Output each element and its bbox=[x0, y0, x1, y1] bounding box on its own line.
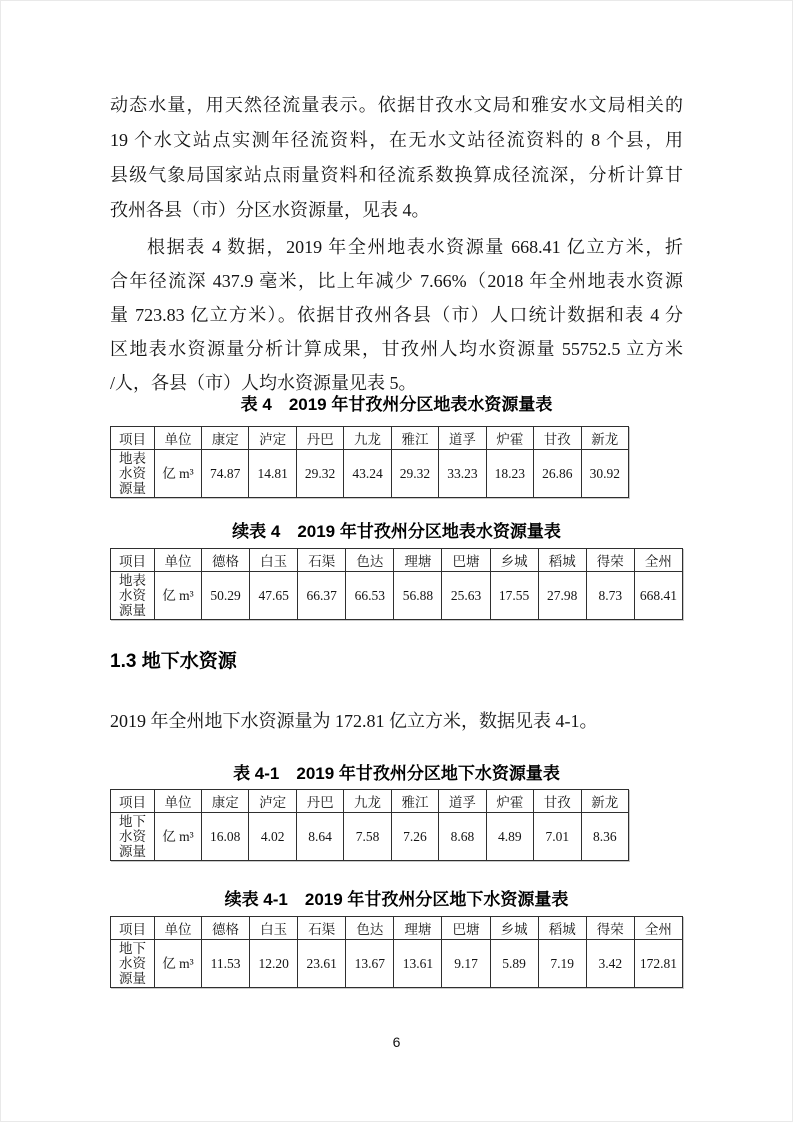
table-header-row: 项目单位德格白玉石渠色达理塘巴塘乡城稻城得荣全州 bbox=[111, 917, 683, 940]
value-cell: 66.53 bbox=[346, 572, 394, 620]
table-header-row: 项目单位德格白玉石渠色达理塘巴塘乡城稻城得荣全州 bbox=[111, 549, 683, 572]
value-cell: 50.29 bbox=[202, 572, 250, 620]
column-header: 巴塘 bbox=[442, 549, 490, 572]
value-cell: 172.81 bbox=[634, 940, 682, 988]
value-cell: 9.17 bbox=[442, 940, 490, 988]
text-line: 19 个水文站点实测年径流资料，在无水文站径流资料的 8 个县，用 bbox=[110, 123, 683, 158]
column-header: 白玉 bbox=[250, 917, 298, 940]
column-header: 德格 bbox=[202, 917, 250, 940]
data-table: 项目单位德格白玉石渠色达理塘巴塘乡城稻城得荣全州地下水资源量亿 m³11.531… bbox=[110, 916, 683, 988]
row-label-cell: 地下水资源量 bbox=[111, 940, 155, 988]
value-cell: 43.24 bbox=[344, 450, 391, 498]
column-header: 九龙 bbox=[344, 427, 391, 450]
table41-title: 表 4-1 2019 年甘孜州分区地下水资源量表 bbox=[110, 759, 683, 784]
column-header: 雅江 bbox=[391, 790, 438, 813]
value-cell: 14.81 bbox=[249, 450, 296, 498]
value-cell: 13.67 bbox=[346, 940, 394, 988]
table4-surface-water: 项目单位康定泸定丹巴九龙雅江道孚炉霍甘孜新龙地表水资源量亿 m³74.8714.… bbox=[110, 426, 629, 498]
column-header: 道孚 bbox=[439, 790, 486, 813]
column-header: 石渠 bbox=[298, 917, 346, 940]
paragraph-surface-water-intro: 动态水量，用天然径流量表示。依据甘孜水文局和雅安水文局相关的 19 个水文站点实… bbox=[110, 88, 683, 228]
value-cell: 7.01 bbox=[534, 813, 581, 861]
value-cell: 11.53 bbox=[202, 940, 250, 988]
document-page: 动态水量，用天然径流量表示。依据甘孜水文局和雅安水文局相关的 19 个水文站点实… bbox=[0, 0, 793, 1122]
value-cell: 4.89 bbox=[486, 813, 533, 861]
column-header: 雅江 bbox=[391, 427, 438, 450]
value-cell: 7.58 bbox=[344, 813, 391, 861]
value-cell: 25.63 bbox=[442, 572, 490, 620]
value-cell: 8.68 bbox=[439, 813, 486, 861]
column-header: 得荣 bbox=[586, 549, 634, 572]
value-cell: 7.19 bbox=[538, 940, 586, 988]
column-header: 九龙 bbox=[344, 790, 391, 813]
column-header: 乡城 bbox=[490, 549, 538, 572]
data-table: 项目单位德格白玉石渠色达理塘巴塘乡城稻城得荣全州地表水资源量亿 m³50.294… bbox=[110, 548, 683, 620]
column-header: 理塘 bbox=[394, 549, 442, 572]
value-cell: 30.92 bbox=[581, 450, 629, 498]
column-header: 乡城 bbox=[490, 917, 538, 940]
column-header: 单位 bbox=[155, 917, 202, 940]
paragraph-groundwater: 2019 年全州地下水资源量为 172.81 亿立方米，数据见表 4-1。 bbox=[110, 709, 683, 733]
table41-continued-label: 续表 4-1 bbox=[225, 885, 288, 910]
unit-cell: 亿 m³ bbox=[155, 572, 202, 620]
table-data-row: 地表水资源量亿 m³50.2947.6566.3766.5356.8825.63… bbox=[111, 572, 683, 620]
value-cell: 29.32 bbox=[296, 450, 343, 498]
column-header: 色达 bbox=[346, 549, 394, 572]
column-header: 康定 bbox=[202, 790, 249, 813]
column-header: 康定 bbox=[202, 427, 249, 450]
value-cell: 4.02 bbox=[249, 813, 296, 861]
column-header: 泸定 bbox=[249, 427, 296, 450]
unit-cell: 亿 m³ bbox=[155, 940, 202, 988]
column-header: 甘孜 bbox=[534, 790, 581, 813]
value-cell: 17.55 bbox=[490, 572, 538, 620]
column-header: 单位 bbox=[155, 427, 202, 450]
value-cell: 668.41 bbox=[634, 572, 682, 620]
column-header: 单位 bbox=[155, 549, 202, 572]
column-header: 德格 bbox=[202, 549, 250, 572]
column-header: 丹巴 bbox=[296, 427, 343, 450]
value-cell: 47.65 bbox=[250, 572, 298, 620]
column-header: 石渠 bbox=[298, 549, 346, 572]
value-cell: 74.87 bbox=[202, 450, 249, 498]
value-cell: 29.32 bbox=[391, 450, 438, 498]
table-data-row: 地下水资源量亿 m³16.084.028.647.587.268.684.897… bbox=[111, 813, 629, 861]
column-header: 色达 bbox=[346, 917, 394, 940]
row-label-cell: 地表水资源量 bbox=[111, 572, 155, 620]
value-cell: 12.20 bbox=[250, 940, 298, 988]
column-header: 炉霍 bbox=[486, 790, 533, 813]
column-header: 项目 bbox=[111, 917, 155, 940]
value-cell: 5.89 bbox=[490, 940, 538, 988]
value-cell: 56.88 bbox=[394, 572, 442, 620]
column-header: 全州 bbox=[634, 549, 682, 572]
text-line: 合年径流深 437.9 毫米，比上年减少 7.66%（2018 年全州地表水资源 bbox=[110, 264, 683, 298]
column-header: 全州 bbox=[634, 917, 682, 940]
value-cell: 18.23 bbox=[486, 450, 533, 498]
table41-continued-title: 续表 4-1 2019 年甘孜州分区地下水资源量表 bbox=[110, 885, 683, 910]
value-cell: 16.08 bbox=[202, 813, 249, 861]
value-cell: 8.36 bbox=[581, 813, 629, 861]
column-header: 稻城 bbox=[538, 917, 586, 940]
table4-continued-label: 续表 4 bbox=[232, 517, 280, 542]
table41-continued-caption: 2019 年甘孜州分区地下水资源量表 bbox=[305, 885, 569, 910]
value-cell: 33.23 bbox=[439, 450, 486, 498]
table-data-row: 地表水资源量亿 m³74.8714.8129.3243.2429.3233.23… bbox=[111, 450, 629, 498]
table4-continued-surface-water: 项目单位德格白玉石渠色达理塘巴塘乡城稻城得荣全州地表水资源量亿 m³50.294… bbox=[110, 548, 683, 620]
text-line: 孜州各县（市）分区水资源量，见表 4。 bbox=[110, 193, 683, 228]
unit-cell: 亿 m³ bbox=[155, 813, 202, 861]
column-header: 得荣 bbox=[586, 917, 634, 940]
value-cell: 66.37 bbox=[298, 572, 346, 620]
text-line: 县级气象局国家站点雨量资料和径流系数换算成径流深，分析计算甘 bbox=[110, 158, 683, 193]
text-line: 区地表水资源量分析计算成果，甘孜州人均水资源量 55752.5 立方米 bbox=[110, 332, 683, 366]
table41-continued-groundwater: 项目单位德格白玉石渠色达理塘巴塘乡城稻城得荣全州地下水资源量亿 m³11.531… bbox=[110, 916, 683, 988]
column-header: 理塘 bbox=[394, 917, 442, 940]
table4-title: 表 4 2019 年甘孜州分区地表水资源量表 bbox=[110, 390, 683, 415]
value-cell: 3.42 bbox=[586, 940, 634, 988]
column-header: 新龙 bbox=[581, 427, 629, 450]
table-data-row: 地下水资源量亿 m³11.5312.2023.6113.6713.619.175… bbox=[111, 940, 683, 988]
table4-label: 表 4 bbox=[241, 390, 272, 415]
column-header: 巴塘 bbox=[442, 917, 490, 940]
column-header: 项目 bbox=[111, 549, 155, 572]
column-header: 丹巴 bbox=[296, 790, 343, 813]
column-header: 泸定 bbox=[249, 790, 296, 813]
value-cell: 13.61 bbox=[394, 940, 442, 988]
text-line: 动态水量，用天然径流量表示。依据甘孜水文局和雅安水文局相关的 bbox=[110, 88, 683, 123]
paragraph-surface-water-data: 根据表 4 数据，2019 年全州地表水资源量 668.41 亿立方米，折 合年… bbox=[110, 230, 683, 400]
row-label-cell: 地表水资源量 bbox=[111, 450, 155, 498]
value-cell: 26.86 bbox=[534, 450, 581, 498]
value-cell: 23.61 bbox=[298, 940, 346, 988]
data-table: 项目单位康定泸定丹巴九龙雅江道孚炉霍甘孜新龙地表水资源量亿 m³74.8714.… bbox=[110, 426, 629, 498]
table41-label: 表 4-1 bbox=[233, 759, 279, 784]
value-cell: 27.98 bbox=[538, 572, 586, 620]
text-line: 量 723.83 亿立方米）。依据甘孜州各县（市）人口统计数据和表 4 分 bbox=[110, 298, 683, 332]
table41-caption: 2019 年甘孜州分区地下水资源量表 bbox=[296, 759, 560, 784]
table41-groundwater: 项目单位康定泸定丹巴九龙雅江道孚炉霍甘孜新龙地下水资源量亿 m³16.084.0… bbox=[110, 789, 629, 861]
column-header: 项目 bbox=[111, 790, 155, 813]
column-header: 白玉 bbox=[250, 549, 298, 572]
unit-cell: 亿 m³ bbox=[155, 450, 202, 498]
column-header: 道孚 bbox=[439, 427, 486, 450]
data-table: 项目单位康定泸定丹巴九龙雅江道孚炉霍甘孜新龙地下水资源量亿 m³16.084.0… bbox=[110, 789, 629, 861]
section-heading-groundwater: 1.3 地下水资源 bbox=[110, 646, 683, 673]
column-header: 单位 bbox=[155, 790, 202, 813]
value-cell: 8.64 bbox=[296, 813, 343, 861]
column-header: 稻城 bbox=[538, 549, 586, 572]
table-header-row: 项目单位康定泸定丹巴九龙雅江道孚炉霍甘孜新龙 bbox=[111, 427, 629, 450]
row-label-cell: 地下水资源量 bbox=[111, 813, 155, 861]
column-header: 项目 bbox=[111, 427, 155, 450]
table4-caption: 2019 年甘孜州分区地表水资源量表 bbox=[289, 390, 553, 415]
page-number: 6 bbox=[0, 1034, 793, 1050]
text-line: 根据表 4 数据，2019 年全州地表水资源量 668.41 亿立方米，折 bbox=[110, 230, 683, 264]
table-header-row: 项目单位康定泸定丹巴九龙雅江道孚炉霍甘孜新龙 bbox=[111, 790, 629, 813]
column-header: 炉霍 bbox=[486, 427, 533, 450]
table4-continued-caption: 2019 年甘孜州分区地表水资源量表 bbox=[297, 517, 561, 542]
column-header: 新龙 bbox=[581, 790, 629, 813]
column-header: 甘孜 bbox=[534, 427, 581, 450]
value-cell: 7.26 bbox=[391, 813, 438, 861]
value-cell: 8.73 bbox=[586, 572, 634, 620]
table4-continued-title: 续表 4 2019 年甘孜州分区地表水资源量表 bbox=[110, 517, 683, 542]
